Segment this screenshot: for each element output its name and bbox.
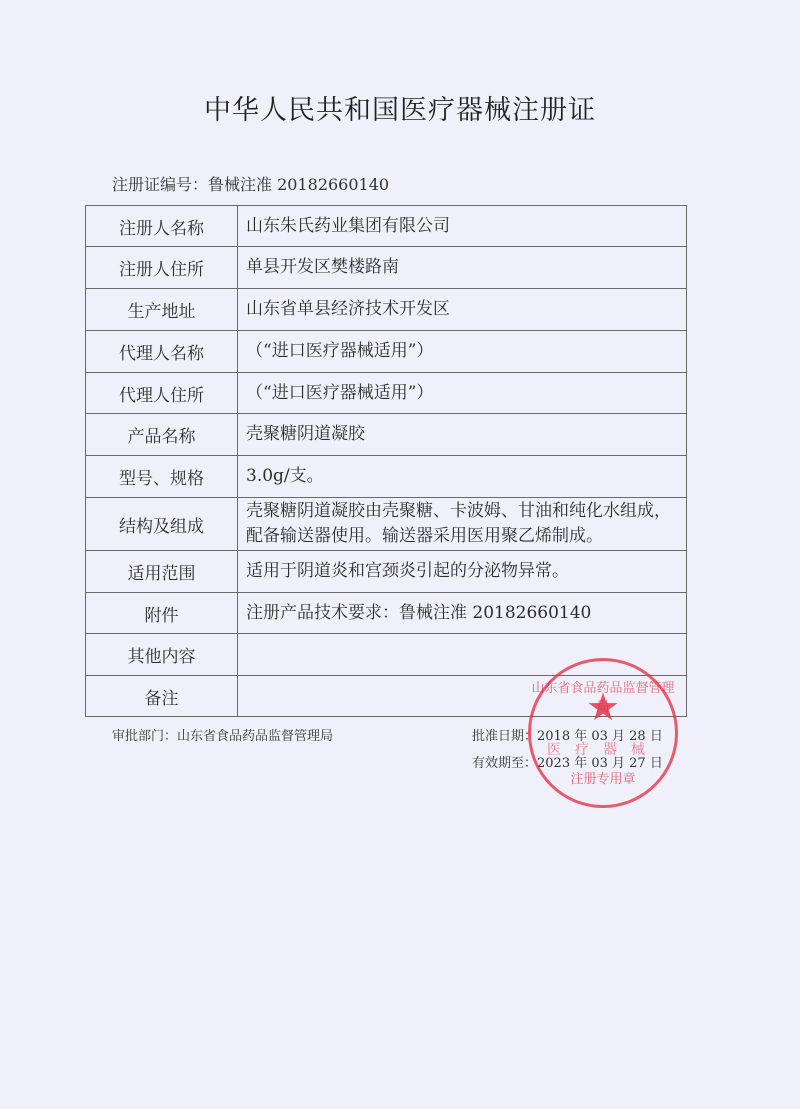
approval-department: 审批部门：山东省食品药品监督管理局 (112, 725, 333, 744)
row-label: 产品名称 (86, 414, 238, 456)
row-value: 3.0g/支。 (238, 456, 687, 498)
row-label: 型号、规格 (86, 456, 238, 498)
row-value: 山东朱氏药业集团有限公司 (238, 206, 687, 247)
table-row: 生产地址 山东省单县经济技术开发区 (86, 289, 687, 331)
row-value: 单县开发区樊楼路南 (238, 247, 687, 289)
row-value: （“进口医疗器械适用”） (238, 373, 687, 414)
row-label: 代理人名称 (86, 331, 238, 373)
document-title: 中华人民共和国医疗器械注册证 (0, 88, 800, 127)
star-icon: ★ (586, 685, 620, 729)
row-value: 壳聚糖阴道凝胶 (238, 414, 687, 456)
table-row: 注册人名称 山东朱氏药业集团有限公司 (86, 206, 687, 247)
registration-number-label: 注册证编号： (112, 175, 208, 194)
row-label: 注册人名称 (86, 206, 238, 247)
certificate-table: 注册人名称 山东朱氏药业集团有限公司 注册人住所 单县开发区樊楼路南 生产地址 … (85, 205, 687, 717)
seal-bottom-text: 注册专用章 (531, 768, 675, 787)
row-label: 备注 (86, 676, 238, 717)
row-value: 适用于阴道炎和宫颈炎引起的分泌物异常。 (238, 551, 687, 593)
table-row: 型号、规格 3.0g/支。 (86, 456, 687, 498)
row-label: 代理人住所 (86, 373, 238, 414)
registration-number-value: 鲁械注准 20182660140 (208, 175, 389, 194)
row-label: 生产地址 (86, 289, 238, 331)
row-label: 附件 (86, 593, 238, 634)
official-seal: 山东省食品药品监督管理局 ★ 医疗器械 注册专用章 (528, 658, 678, 808)
table-row: 结构及组成 壳聚糖阴道凝胶由壳聚糖、卡波姆、甘油和纯化水组成，配备输送器使用。输… (86, 498, 687, 551)
table-row: 代理人住所 （“进口医疗器械适用”） (86, 373, 687, 414)
row-label: 适用范围 (86, 551, 238, 593)
row-value: 壳聚糖阴道凝胶由壳聚糖、卡波姆、甘油和纯化水组成，配备输送器使用。输送器采用医用… (238, 498, 687, 551)
row-label: 注册人住所 (86, 247, 238, 289)
table-row: 适用范围 适用于阴道炎和宫颈炎引起的分泌物异常。 (86, 551, 687, 593)
row-value: （“进口医疗器械适用”） (238, 331, 687, 373)
table-row: 代理人名称 （“进口医疗器械适用”） (86, 331, 687, 373)
row-label: 结构及组成 (86, 498, 238, 551)
row-value: 山东省单县经济技术开发区 (238, 289, 687, 331)
table-row: 附件 注册产品技术要求：鲁械注准 20182660140 (86, 593, 687, 634)
row-value: 注册产品技术要求：鲁械注准 20182660140 (238, 593, 687, 634)
registration-number: 注册证编号：鲁械注准 20182660140 (112, 172, 389, 195)
row-label: 其他内容 (86, 634, 238, 676)
table-row: 注册人住所 单县开发区樊楼路南 (86, 247, 687, 289)
seal-middle-text: 医疗器械 (531, 739, 675, 759)
table-row: 产品名称 壳聚糖阴道凝胶 (86, 414, 687, 456)
